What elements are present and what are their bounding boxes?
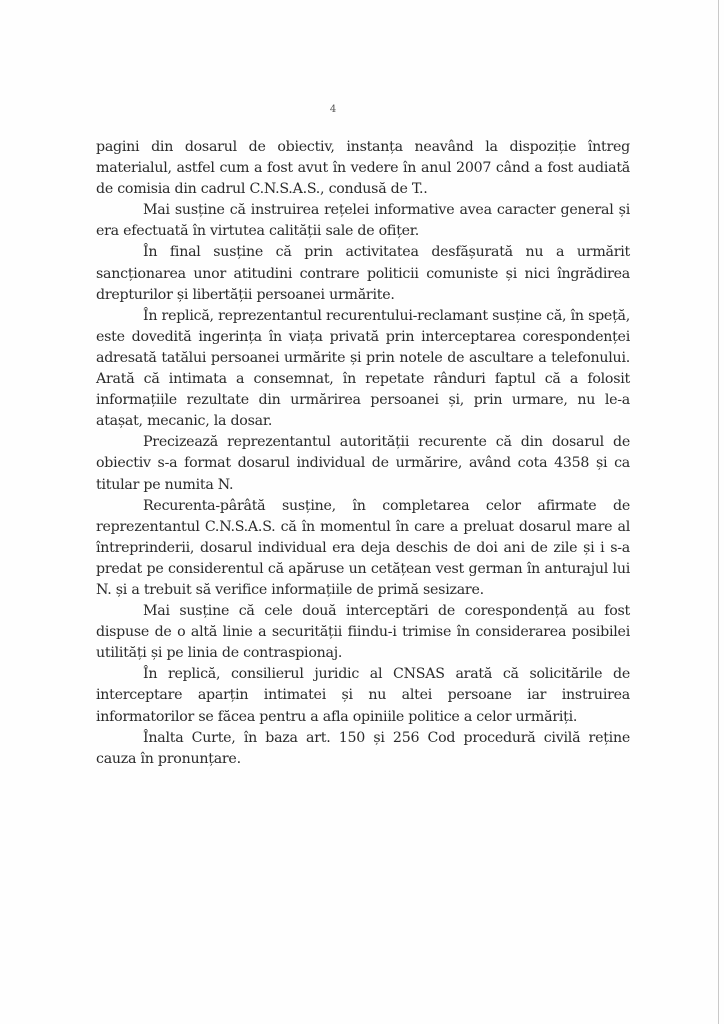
paragraph: Mai susține că instruirea rețelei inform…: [96, 200, 630, 242]
paragraph-continuation: pagini din dosarul de obiectiv, instanța…: [96, 137, 630, 200]
paragraph: În final susține că prin activitatea des…: [96, 242, 630, 305]
paragraph: În replică, consilierul juridic al CNSAS…: [96, 664, 630, 727]
paragraph: Mai susține că cele două interceptări de…: [96, 601, 630, 664]
page-number: 4: [0, 104, 666, 115]
paragraph: Înalta Curte, în baza art. 150 și 256 Co…: [96, 728, 630, 770]
paragraph: În replică, reprezentantul recurentului-…: [96, 306, 630, 433]
scan-edge-line: [718, 0, 719, 1024]
document-body: pagini din dosarul de obiectiv, instanța…: [96, 137, 630, 770]
document-page: 4 pagini din dosarul de obiectiv, instan…: [0, 0, 724, 1024]
paragraph: Precizează reprezentantul autorității re…: [96, 432, 630, 495]
paragraph: Recurenta-pârâtă susține, în completarea…: [96, 496, 630, 601]
